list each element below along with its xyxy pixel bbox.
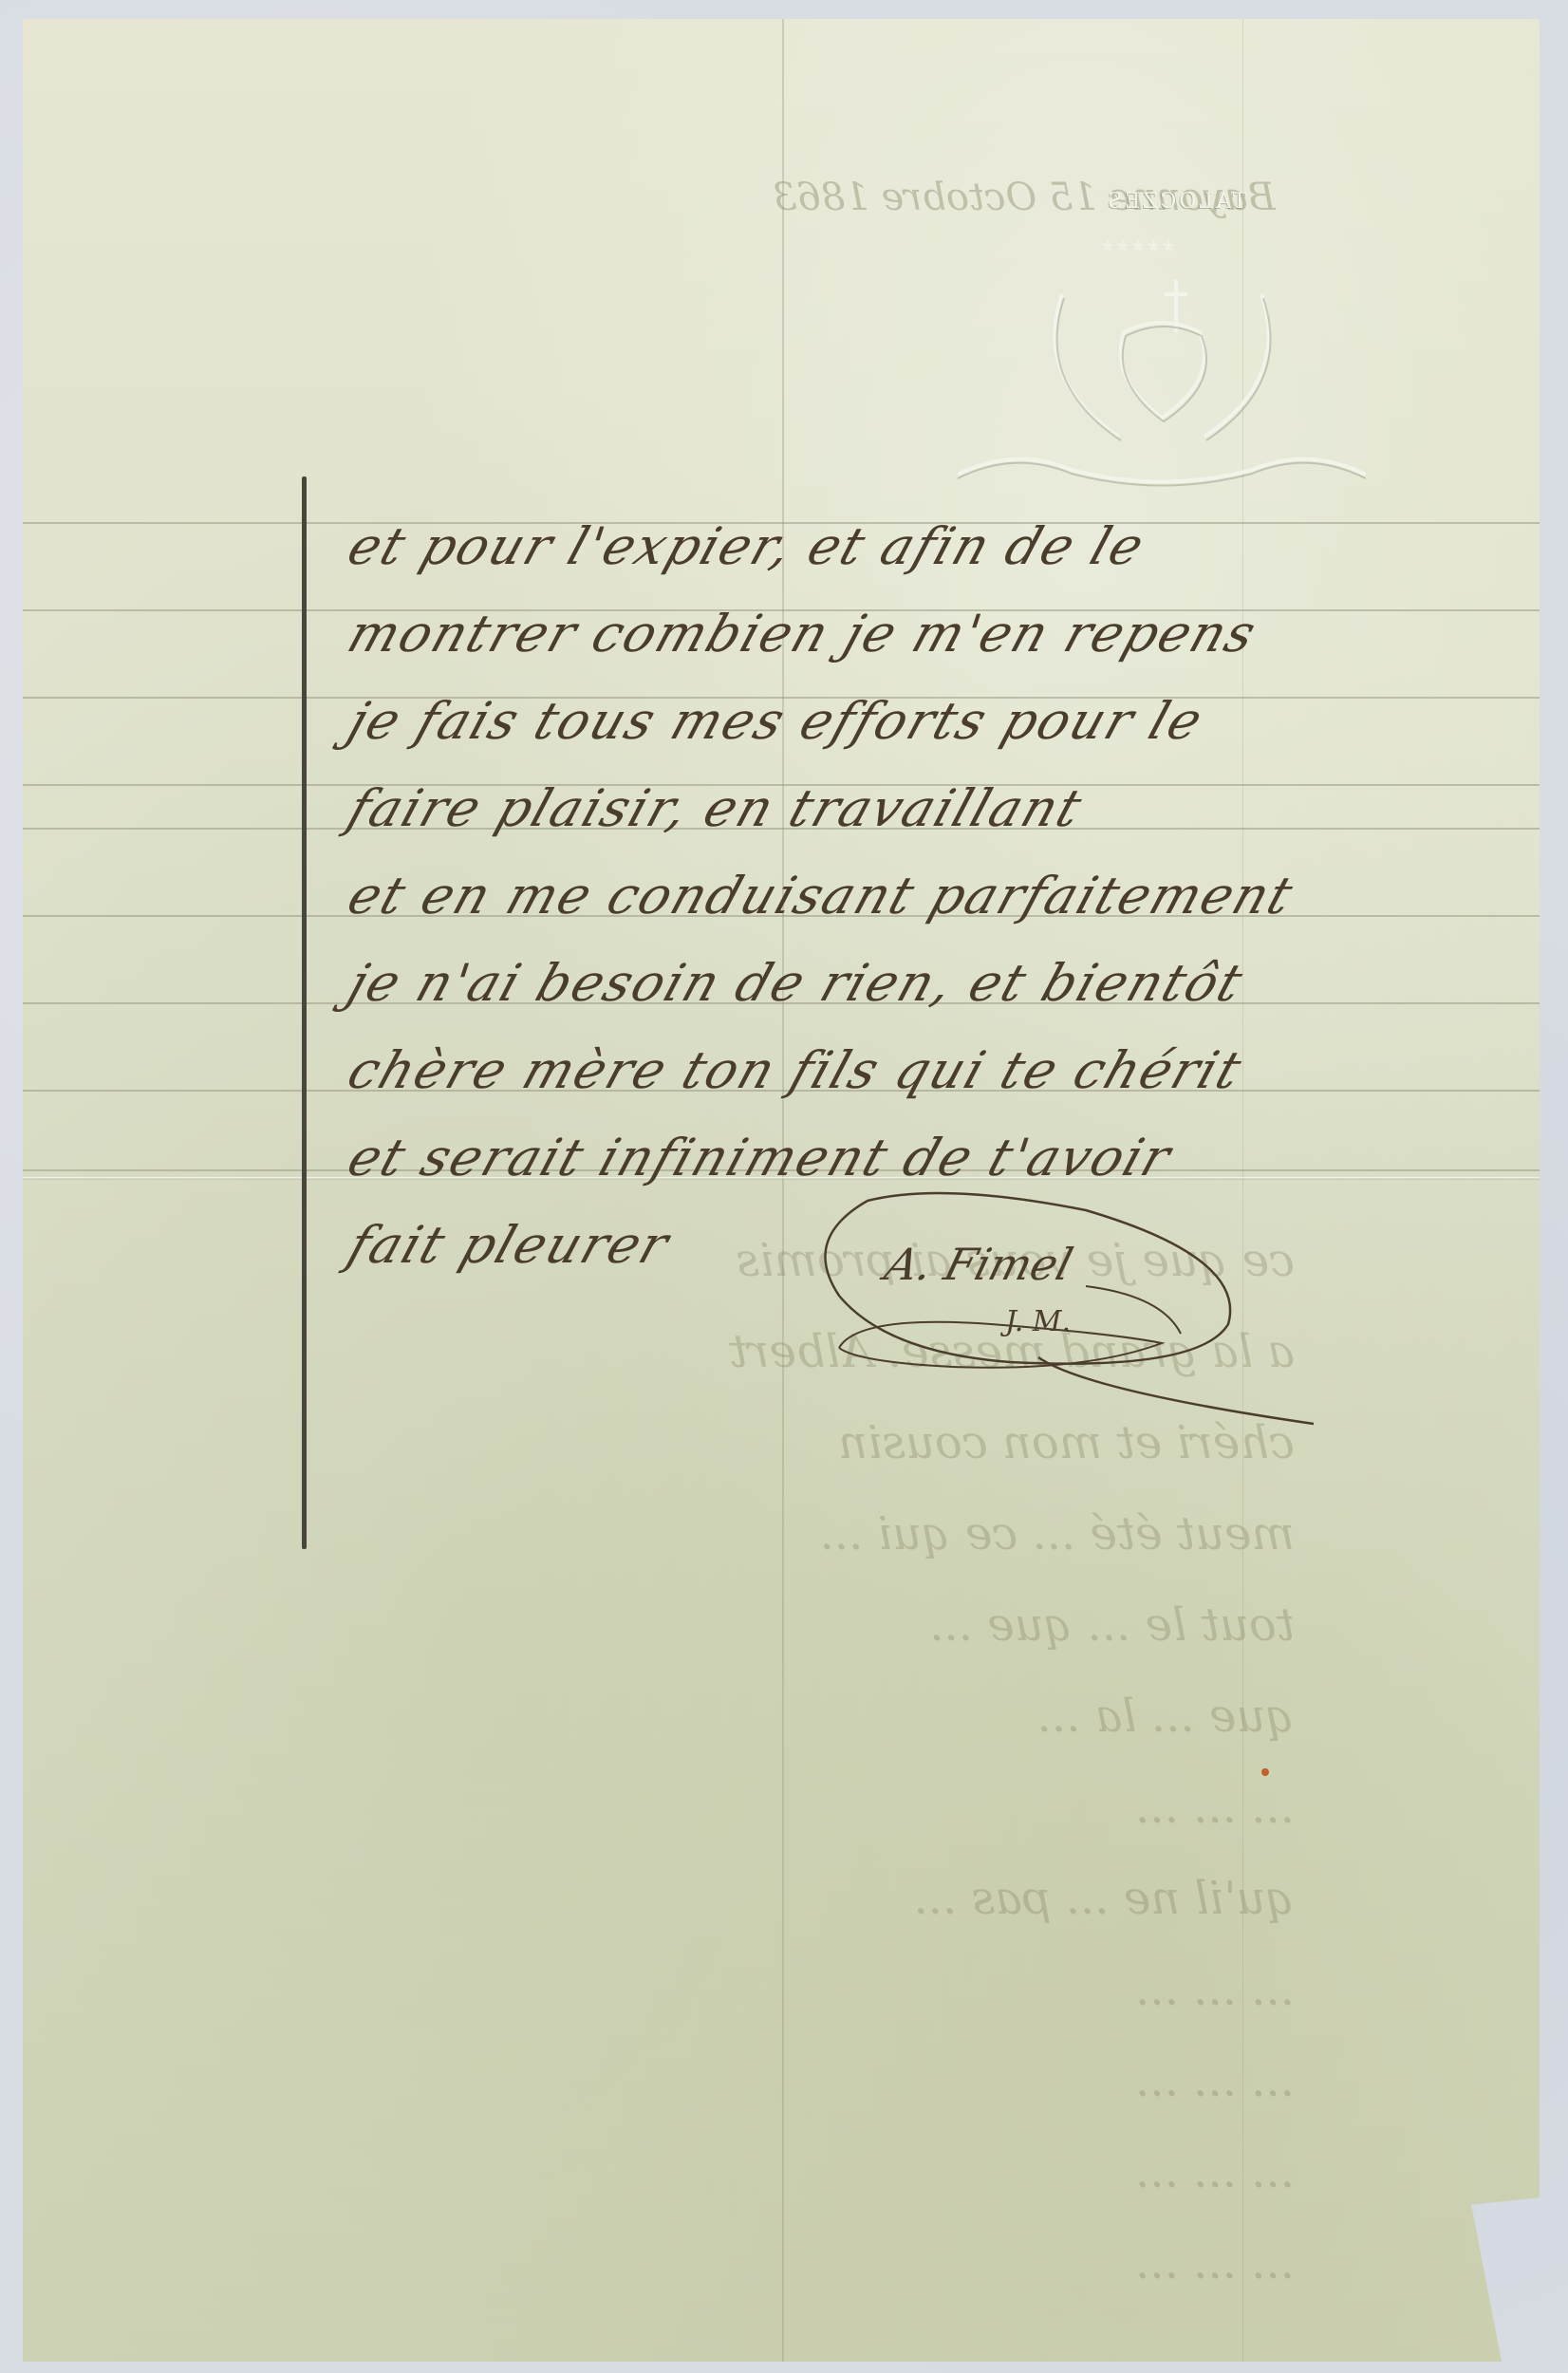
- body-line: et en me conduisant parfaitement: [336, 852, 1568, 940]
- body-line: faire plaisir, en travaillant: [336, 765, 1568, 852]
- svg-text:★★★★★: ★★★★★: [1100, 236, 1177, 256]
- bleed-line: tout le ... que ...: [61, 1579, 1295, 1671]
- embossed-seal: TALOCZES ★★★★★: [958, 190, 1366, 494]
- bleed-line: meut été ... ce qui ...: [61, 1488, 1295, 1579]
- bleed-line: ... ... ...: [61, 1944, 1295, 2035]
- signature-name: A. Fimel: [880, 1239, 1078, 1290]
- emboss-text: TALOCZES: [1105, 190, 1246, 214]
- body-line: je fais tous mes efforts pour le: [336, 678, 1568, 765]
- body-line: et pour l'expier, et afin de le: [336, 503, 1568, 590]
- letter-body: et pour l'expier, et afin de le montrer …: [350, 503, 1556, 1289]
- bleed-line: que ... la ...: [61, 1671, 1295, 1762]
- bleed-line: ... ... ...: [61, 2126, 1295, 2217]
- letter-sheet: Bayonne 15 Octobre 1863 TALOCZES ★★★★★ c…: [23, 19, 1540, 2362]
- body-line: je n'ai besoin de rien, et bientôt: [336, 940, 1568, 1027]
- bleed-line: ... ... ...: [61, 1762, 1295, 1853]
- signature-initials: J. M.: [1005, 1305, 1071, 1338]
- body-line: montrer combien je m'en repens: [336, 590, 1568, 678]
- bleed-line: ... ... ...: [61, 2217, 1295, 2308]
- body-line: chère mère ton fils qui te chérit: [336, 1027, 1568, 1114]
- signature-block: A. Fimel J. M.: [801, 1182, 1333, 1429]
- bleed-line: ... ... ...: [61, 2035, 1295, 2126]
- sacred-heart-emboss-icon: ★★★★★: [958, 190, 1366, 494]
- rust-stain: [1261, 1768, 1269, 1776]
- bleed-line: qu'il ne ... pas ...: [61, 1853, 1295, 1944]
